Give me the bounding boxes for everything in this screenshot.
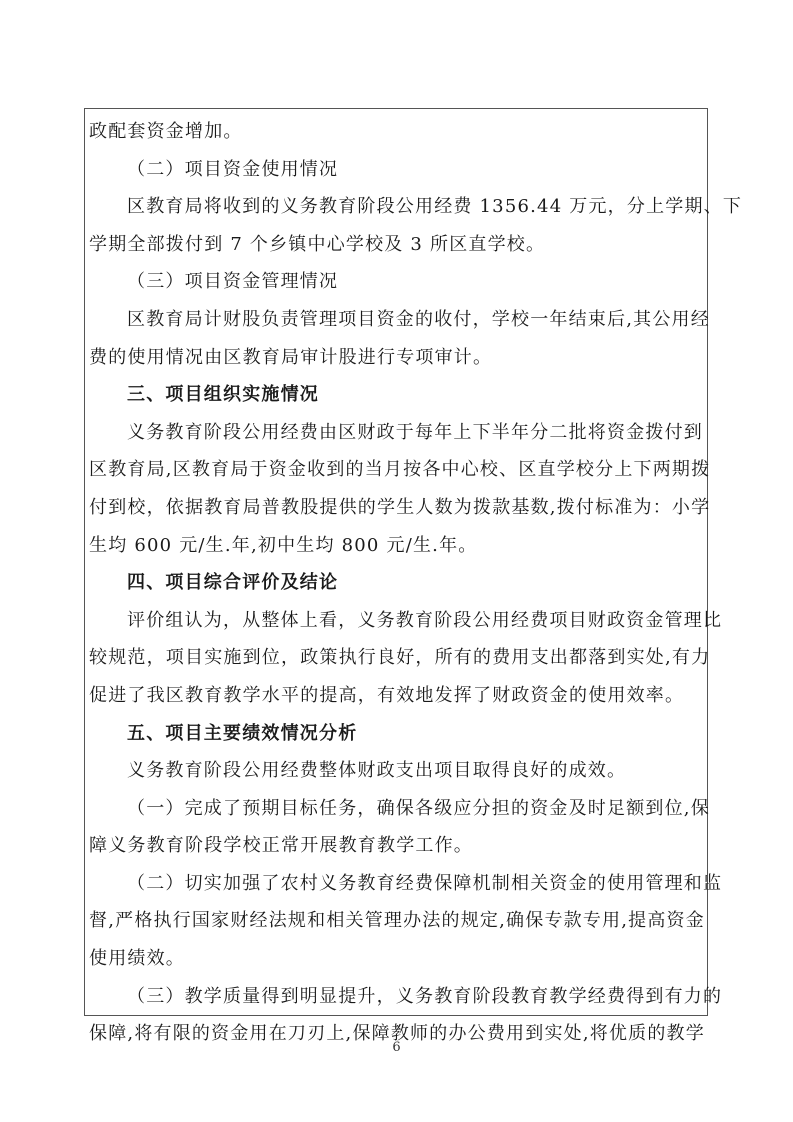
- page-number: 6: [0, 1040, 793, 1055]
- section-heading-evaluation: 四、项目综合评价及结论: [89, 564, 697, 602]
- content-frame: 政配套资金增加。 （二）项目资金使用情况 区教育局将收到的义务教育阶段公用经费 …: [84, 108, 708, 1016]
- line-12: 生均 600 元/生.年,初中生均 800 元/生.年。: [89, 527, 697, 565]
- line-21: （二）切实加强了农村义务教育经费保障机制相关资金的使用管理和监: [89, 865, 697, 903]
- section-heading-implementation: 三、项目组织实施情况: [89, 376, 697, 414]
- line-22: 督,严格执行国家财经法规和相关管理办法的规定,确保专款专用,提高资金: [89, 902, 697, 940]
- line-7: 费的使用情况由区教育局审计股进行专项审计。: [89, 339, 697, 377]
- subsection-heading-funds-management: （三）项目资金管理情况: [89, 263, 697, 301]
- line-6: 区教育局计财股负责管理项目资金的收付，学校一年结束后,其公用经: [89, 301, 697, 339]
- line-20: 障义务教育阶段学校正常开展教育教学工作。: [89, 827, 697, 865]
- line-1: 政配套资金增加。: [89, 113, 697, 151]
- subsection-heading-funds-usage: （二）项目资金使用情况: [89, 151, 697, 189]
- line-24: （三）教学质量得到明显提升，义务教育阶段教育教学经费得到有力的: [89, 978, 697, 1016]
- line-3: 区教育局将收到的义务教育阶段公用经费 1356.44 万元，分上学期、下: [89, 188, 697, 226]
- line-18: 义务教育阶段公用经费整体财政支出项目取得良好的成效。: [89, 752, 697, 790]
- line-23: 使用绩效。: [89, 940, 697, 978]
- line-14: 评价组认为，从整体上看，义务教育阶段公用经费项目财政资金管理比: [89, 602, 697, 640]
- line-16: 促进了我区教育教学水平的提高，有效地发挥了财政资金的使用效率。: [89, 677, 697, 715]
- line-10: 区教育局,区教育局于资金收到的当月按各中心校、区直学校分上下两期拨: [89, 451, 697, 489]
- line-9: 义务教育阶段公用经费由区财政于每年上下半年分二批将资金拨付到: [89, 414, 697, 452]
- section-heading-performance: 五、项目主要绩效情况分析: [89, 715, 697, 753]
- line-4: 学期全部拨付到 7 个乡镇中心学校及 3 所区直学校。: [89, 226, 697, 264]
- line-15: 较规范，项目实施到位，政策执行良好，所有的费用支出都落到实处,有力: [89, 639, 697, 677]
- line-19: （一）完成了预期目标任务，确保各级应分担的资金及时足额到位,保: [89, 790, 697, 828]
- line-11: 付到校，依据教育局普教股提供的学生人数为拨款基数,拨付标准为：小学: [89, 489, 697, 527]
